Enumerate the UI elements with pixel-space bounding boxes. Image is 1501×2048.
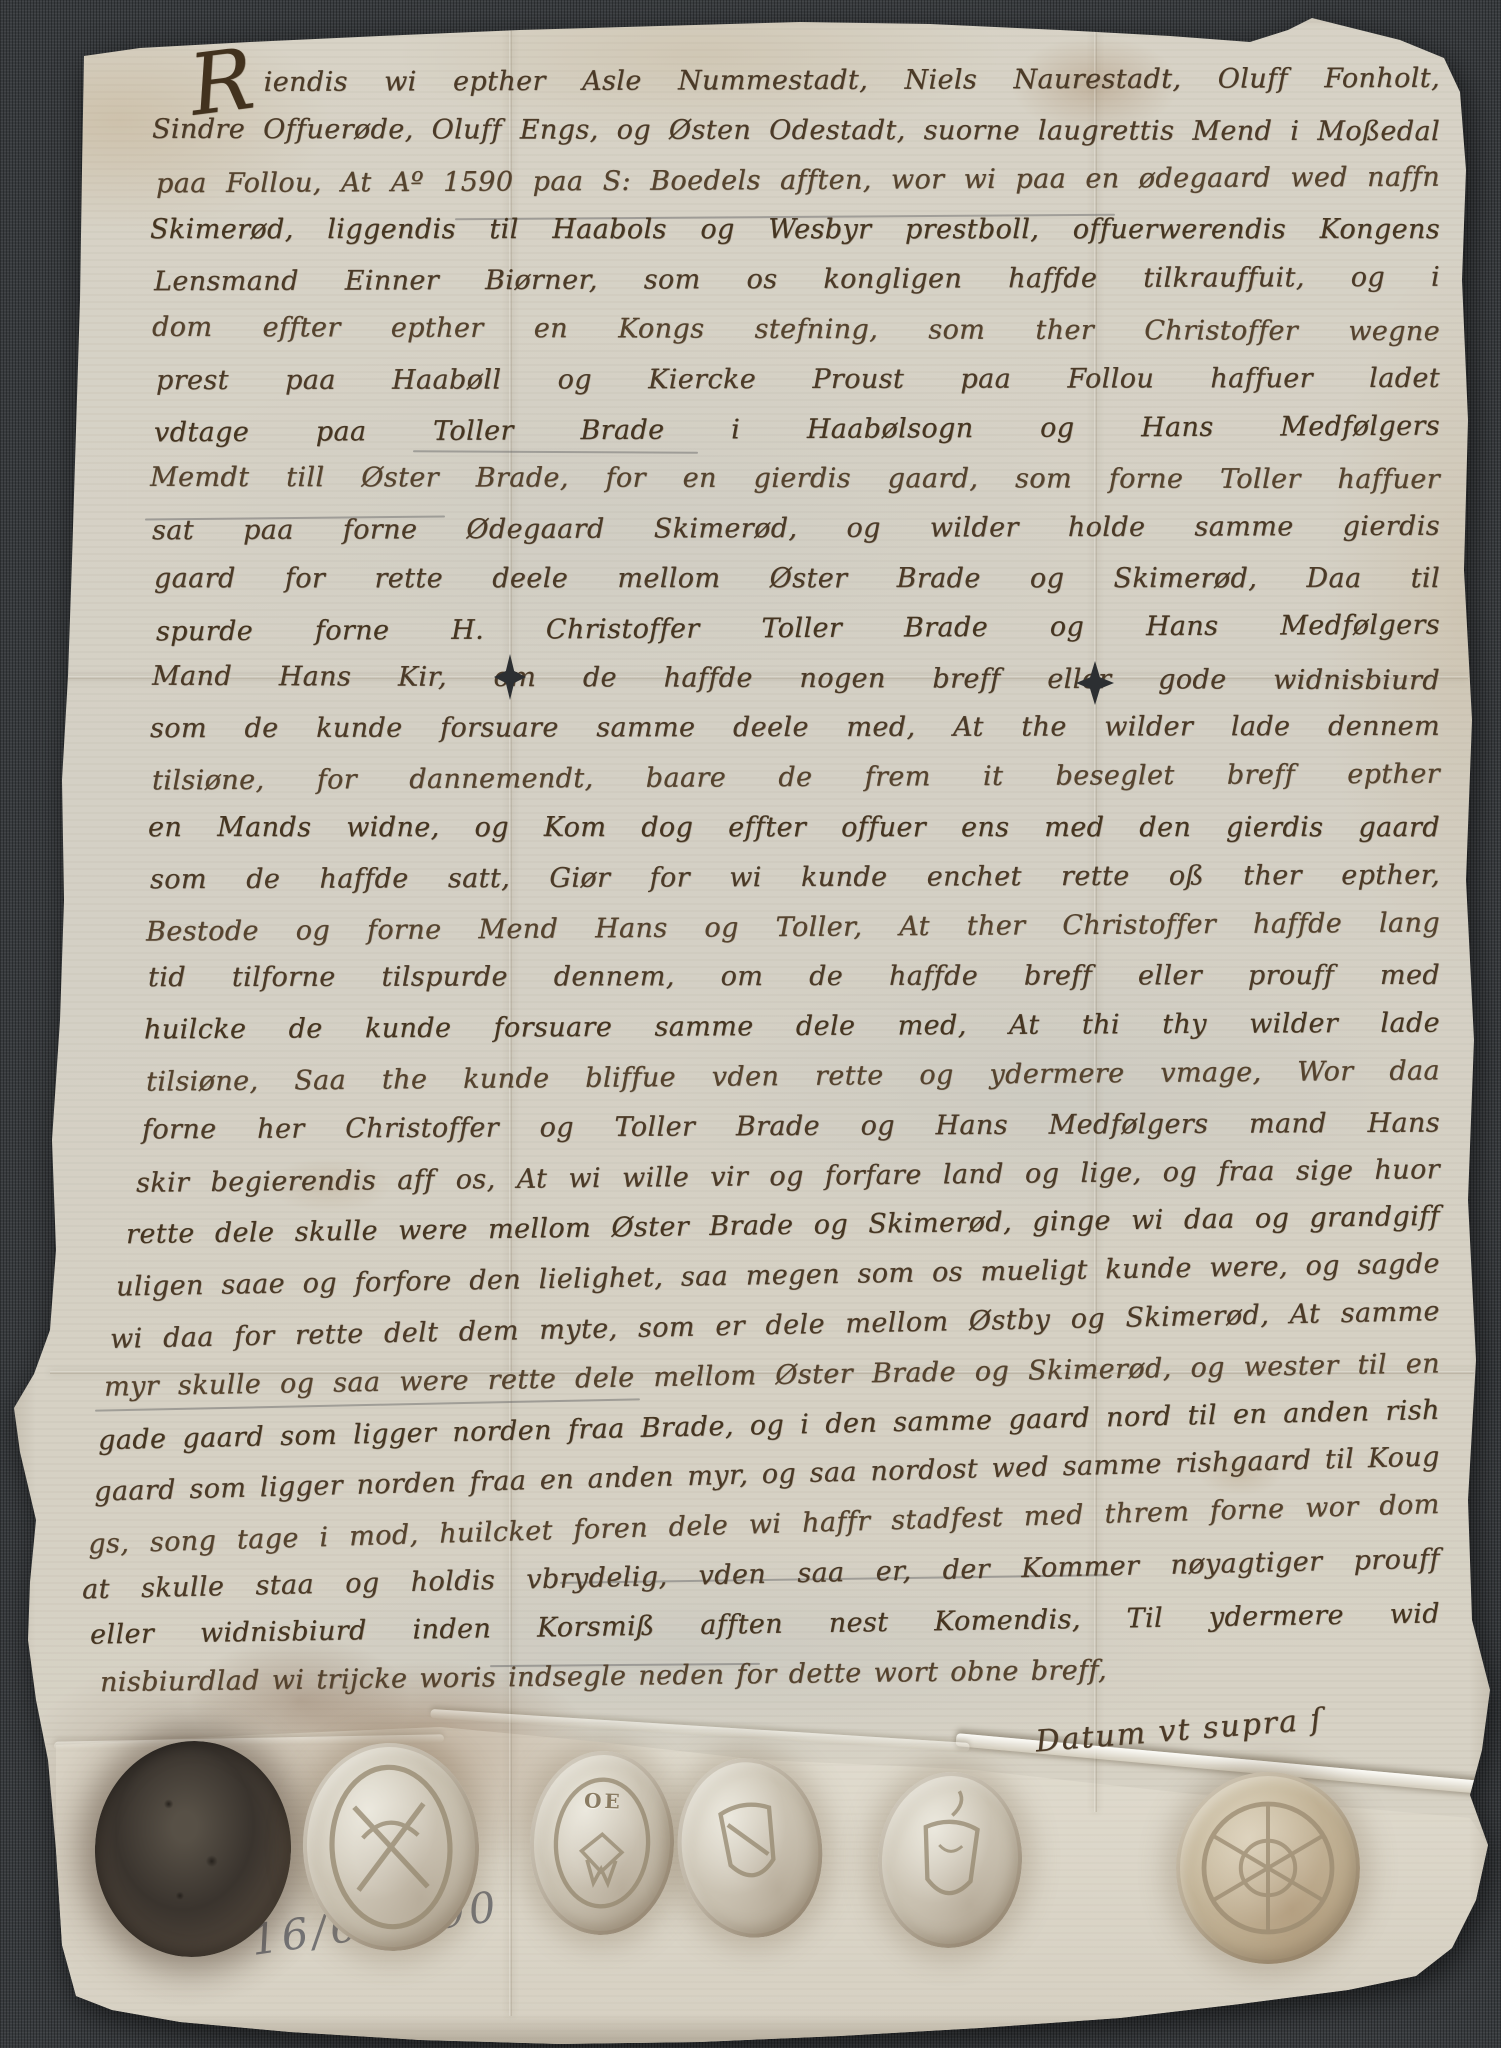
manuscript-line-21: tilsiøne, Saa the kunde bliffue vden ret… [146, 1048, 1440, 1109]
manuscript-line-7: prest paa Haabøll og Kiercke Proust paa … [156, 356, 1440, 408]
seal-3-device-icon [527, 1749, 677, 1938]
manuscript-line-19: tid tilforne tilspurde dennem, om de haf… [148, 953, 1440, 1005]
photograph-backdrop: Riendis wi epther Asle Nummestadt, Niels… [0, 0, 1501, 2048]
manuscript-line-12: spurde forne H. Christoffer Toller Brade… [156, 602, 1440, 659]
seal-5 [873, 1768, 1026, 1951]
parchment-sheet: Riendis wi epther Asle Nummestadt, Niels… [0, 0, 1501, 2048]
manuscript-line-9: Memdt till Øster Brade, for en gierdis g… [150, 455, 1440, 507]
seal-4-device-icon [666, 1749, 834, 1947]
manuscript-line-3: paa Follou, At Aº 1590 paa S: Boedels af… [156, 154, 1440, 211]
seal-6-device-icon [1176, 1772, 1360, 1964]
manuscript-line-1: Riendis wi epther Asle Nummestadt, Niels… [190, 56, 1440, 110]
manuscript-line-2: Sindre Offuerøde, Oluff Engs, og Østen O… [152, 107, 1440, 159]
document-photo: Riendis wi epther Asle Nummestadt, Niels… [0, 0, 1501, 2048]
seal-1 [88, 1734, 299, 1963]
manuscript-line-13: Mand Hans Kir, om de haffde nogen breff … [152, 653, 1440, 707]
manuscript-line-10: sat paa forne Ødegaard Skimerød, og wild… [152, 504, 1440, 558]
manuscript-line-14: som de kunde forsuare samme deele med, A… [150, 704, 1440, 756]
illuminated-initial: R [188, 63, 255, 101]
seal-3: OE [527, 1749, 677, 1938]
manuscript-line-15: tilsiøne, for dannemendt, baare de frem … [152, 752, 1440, 809]
seal-4 [666, 1749, 834, 1947]
seal-6 [1176, 1772, 1360, 1964]
manuscript-line-17: som de haffde satt, Giør for wi kunde en… [150, 853, 1440, 908]
manuscript-line-8: vdtage paa Toller Brade i Haabølsogn og … [154, 403, 1440, 460]
manuscript-line-16: en Mands widne, og Kom dog effter offuer… [148, 805, 1440, 855]
manuscript-line-11: gaard for rette deele mellom Øster Brade… [154, 556, 1440, 606]
seal-2 [298, 1739, 485, 1956]
manuscript-line-5: Lensmand Einner Biørner, som os konglige… [154, 255, 1440, 309]
manuscript-line-18: Bestode og forne Mend Hans og Toller, At… [146, 900, 1440, 959]
manuscript-line-4: Skimerød, liggendis til Haabols og Wesby… [150, 207, 1440, 257]
seal-1-wax [88, 1734, 299, 1963]
manuscript-line-6: dom effter epther en Kongs stefning, som… [152, 305, 1440, 359]
seal-2-device-icon [298, 1739, 485, 1956]
seal-5-device-icon [873, 1768, 1026, 1951]
